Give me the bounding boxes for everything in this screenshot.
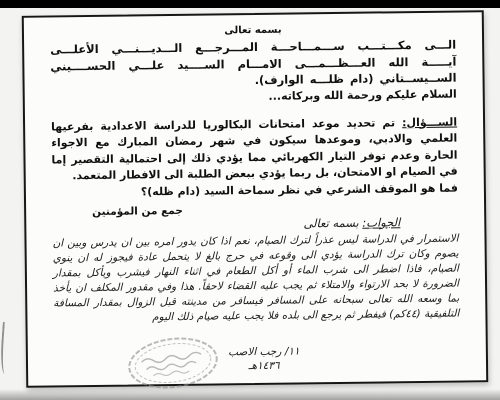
official-stamp-seal bbox=[123, 330, 223, 396]
question-paragraph: الســـؤال: تم تحديد موعد امتحانات البكال… bbox=[51, 114, 458, 185]
question-label: الســـؤال: bbox=[402, 115, 457, 129]
scanned-document-page: بسمه تعالى الـــى مكـــتـــب ســـمـــاحـ… bbox=[0, 0, 500, 400]
scan-shadow-bottom bbox=[0, 389, 500, 400]
date-hijri-year: ١٤٣٦هـ bbox=[221, 358, 307, 373]
answer-basmala: بسمه تعالى bbox=[303, 215, 362, 230]
letter-content: بسمه تعالى الـــى مكـــتـــب ســـمـــاحـ… bbox=[24, 12, 486, 386]
addressee-paragraph: الـــى مكـــتـــب ســـمـــاحـــة المـــر… bbox=[50, 37, 457, 91]
basmala-heading: بسمه تعالى bbox=[50, 23, 456, 39]
question-text: تم تحديد موعد امتحانات البكالوريا للدراس… bbox=[51, 116, 458, 183]
scan-edge-top-bar bbox=[0, 0, 500, 8]
answer-text: الاستمرار في الدراسة ليس عذراً لترك الصي… bbox=[52, 231, 459, 326]
date-hijri-day: ١١/ رجب الاصب bbox=[221, 344, 307, 359]
stamp-seal-graphic bbox=[123, 330, 223, 396]
answer-label: الجواب: bbox=[362, 215, 400, 229]
date-block: ١١/ رجب الاصب ١٤٣٦هـ bbox=[221, 344, 307, 373]
letter-paper: بسمه تعالى الـــى مكـــتـــب ســـمـــاحـ… bbox=[22, 10, 489, 388]
scan-page-curl-artifact bbox=[0, 322, 11, 374]
